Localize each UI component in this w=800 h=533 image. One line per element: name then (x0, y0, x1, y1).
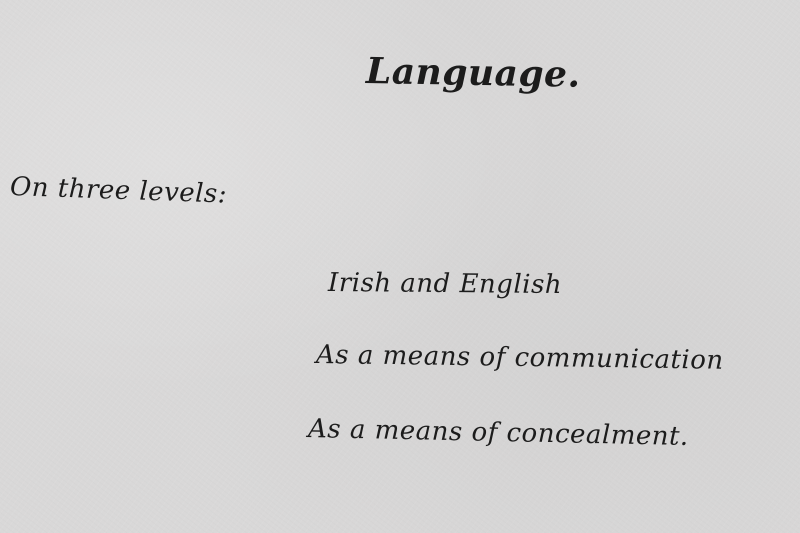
level-item-3: As a means of concealment. (308, 414, 689, 452)
level-item-2: As a means of communication (316, 340, 724, 376)
note-intro-line: On three levels: (9, 172, 227, 210)
note-title: Language. (366, 50, 581, 96)
handwritten-note-page: Language. On three levels: Irish and Eng… (0, 0, 800, 533)
level-item-1: Irish and English (328, 268, 562, 300)
